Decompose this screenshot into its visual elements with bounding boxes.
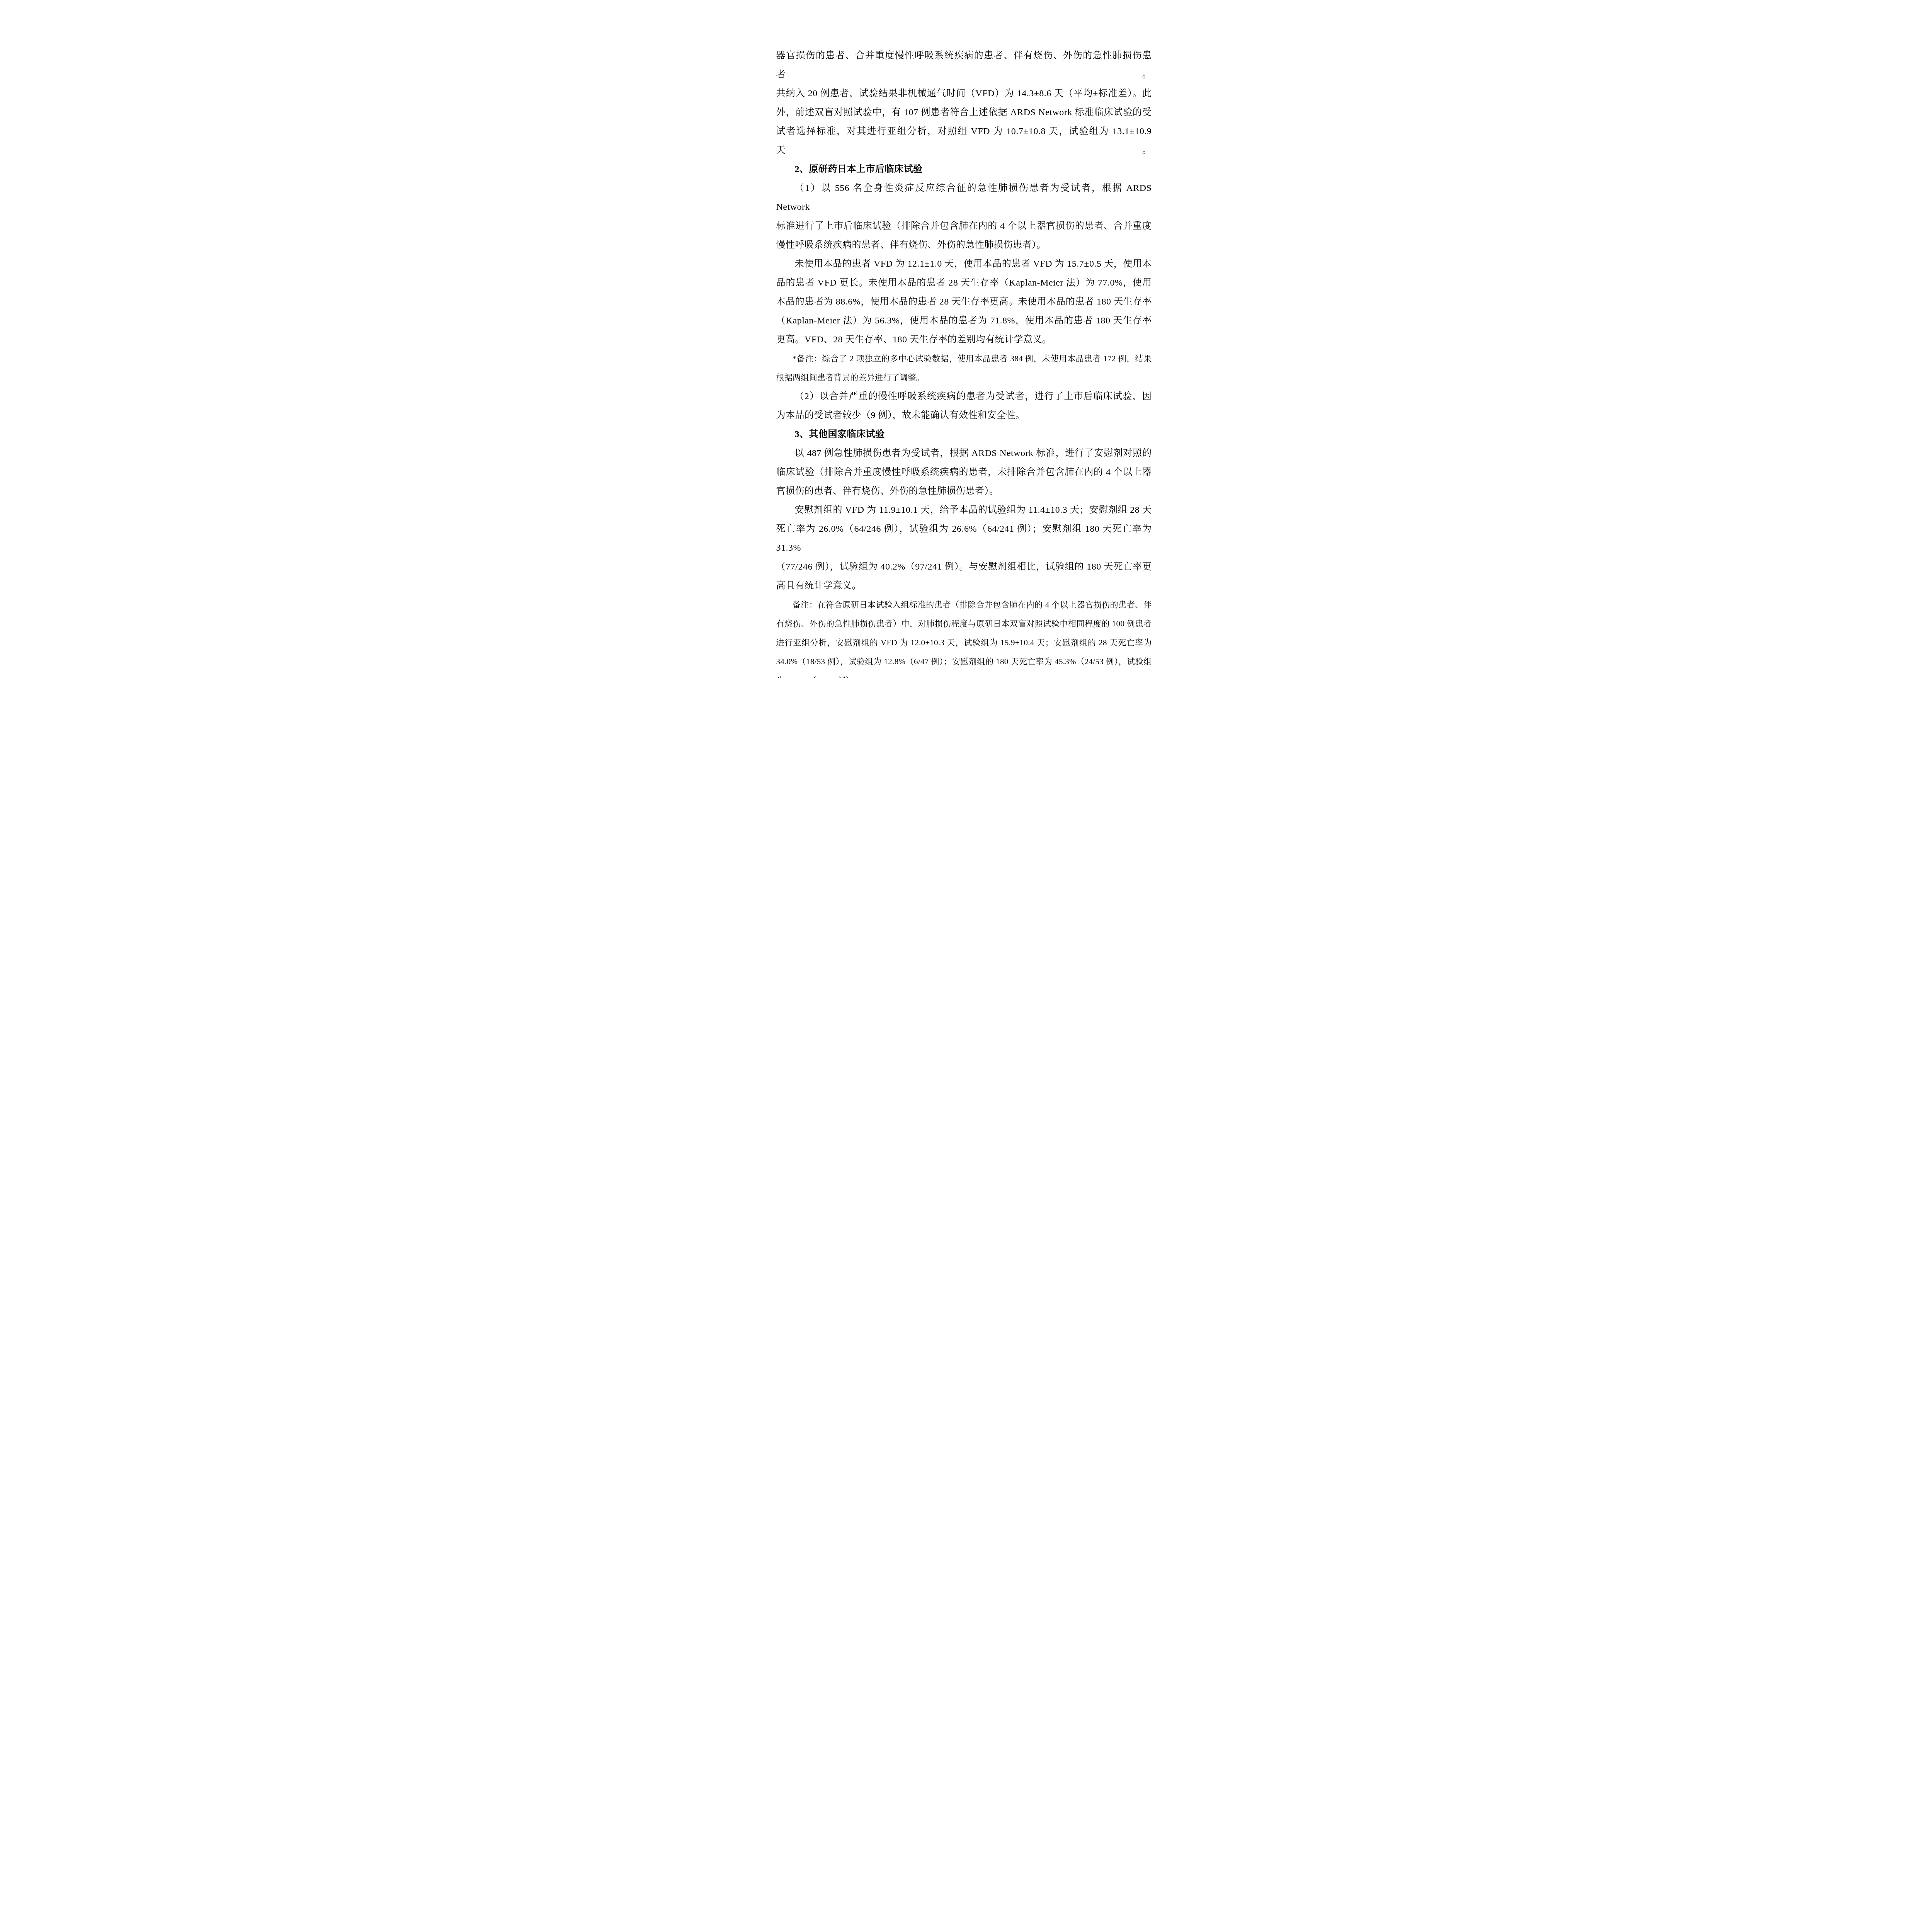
text-line: 高且有统计学意义。	[776, 577, 1152, 595]
text-line: 官损伤的患者、伴有烧伤、外伤的急性肺损伤患者）。	[776, 482, 1152, 501]
text-line: （1）以 556 名全身性炎症反应综合征的急性肺损伤患者为受试者，根据 ARDS…	[776, 179, 1152, 217]
text-line: 外，前述双盲对照试验中，有 107 例患者符合上述依据 ARDS Network…	[776, 103, 1152, 122]
note-line: 进行亚组分析，安慰剂组的 VFD 为 12.0±10.3 天，试验组为 15.9…	[776, 633, 1152, 652]
note-line: 有烧伤、外伤的急性肺损伤患者）中，对肺损伤程度与原研日本双盲对照试验中相同程度的…	[776, 614, 1152, 633]
text-line: （Kaplan-Meier 法）为 56.3%，使用本品的患者为 71.8%，使…	[776, 311, 1152, 330]
section-heading: 2、原研药日本上市后临床试验	[776, 160, 1152, 179]
text-line: 死亡率为 26.0%（64/246 例），试验组为 26.6%（64/241 例…	[776, 520, 1152, 558]
text-line: （2）以合并严重的慢性呼吸系统疾病的患者为受试者，进行了上市后临床试验，因	[776, 387, 1152, 406]
section-heading: 3、其他国家临床试验	[776, 425, 1152, 444]
note-line: *备注：综合了 2 项独立的多中心试验数据，使用本品患者 384 例，未使用本品…	[776, 349, 1152, 368]
text-line: 共纳入 20 例患者，试验结果非机械通气时间（VFD）为 14.3±8.6 天（…	[776, 84, 1152, 103]
text-line: 慢性呼吸系统疾病的患者、伴有烧伤、外伤的急性肺损伤患者）。	[776, 236, 1152, 255]
text-line: 标准进行了上市后临床试验（排除合并包含肺在内的 4 个以上器官损伤的患者、合并重…	[776, 217, 1152, 236]
text-line: 临床试验（排除合并重度慢性呼吸系统疾病的患者，未排除合并包含肺在内的 4 个以上…	[776, 463, 1152, 482]
text-line: 品的患者 VFD 更长。未使用本品的患者 28 天生存率（Kaplan-Meie…	[776, 274, 1152, 293]
note-line: 备注：在符合原研日本试验入组标准的患者（排除合并包含肺在内的 4 个以上器官损伤…	[776, 595, 1152, 614]
note-line: 34.0%（18/53 例），试验组为 12.8%（6/47 例）；安慰剂组的 …	[776, 652, 1152, 671]
text-line: 安慰剂组的 VFD 为 11.9±10.1 天，给予本品的试验组为 11.4±1…	[776, 501, 1152, 520]
note-line: 根据两组间患者背景的差异进行了调整。	[776, 368, 1152, 387]
note-line: 为 34.0%（16/47 例）。	[776, 671, 1152, 678]
text-line: 试者选择标准，对其进行亚组分析，对照组 VFD 为 10.7±10.8 天，试验…	[776, 122, 1152, 160]
document-page: 器官损伤的患者、合并重度慢性呼吸系统疾病的患者、伴有烧伤、外伤的急性肺损伤患者。…	[719, 0, 1198, 678]
text-line: 更高。VFD、28 天生存率、180 天生存率的差别均有统计学意义。	[776, 330, 1152, 349]
document-lines: 器官损伤的患者、合并重度慢性呼吸系统疾病的患者、伴有烧伤、外伤的急性肺损伤患者。…	[776, 46, 1152, 678]
text-line: 为本品的受试者较少（9 例），故未能确认有效性和安全性。	[776, 406, 1152, 425]
text-line: 未使用本品的患者 VFD 为 12.1±1.0 天，使用本品的患者 VFD 为 …	[776, 255, 1152, 274]
text-line: （77/246 例），试验组为 40.2%（97/241 例）。与安慰剂组相比，…	[776, 558, 1152, 577]
text-line: 以 487 例急性肺损伤患者为受试者，根据 ARDS Network 标准，进行…	[776, 444, 1152, 463]
text-line: 器官损伤的患者、合并重度慢性呼吸系统疾病的患者、伴有烧伤、外伤的急性肺损伤患者。	[776, 46, 1152, 84]
text-line: 本品的患者为 88.6%，使用本品的患者 28 天生存率更高。未使用本品的患者 …	[776, 293, 1152, 311]
